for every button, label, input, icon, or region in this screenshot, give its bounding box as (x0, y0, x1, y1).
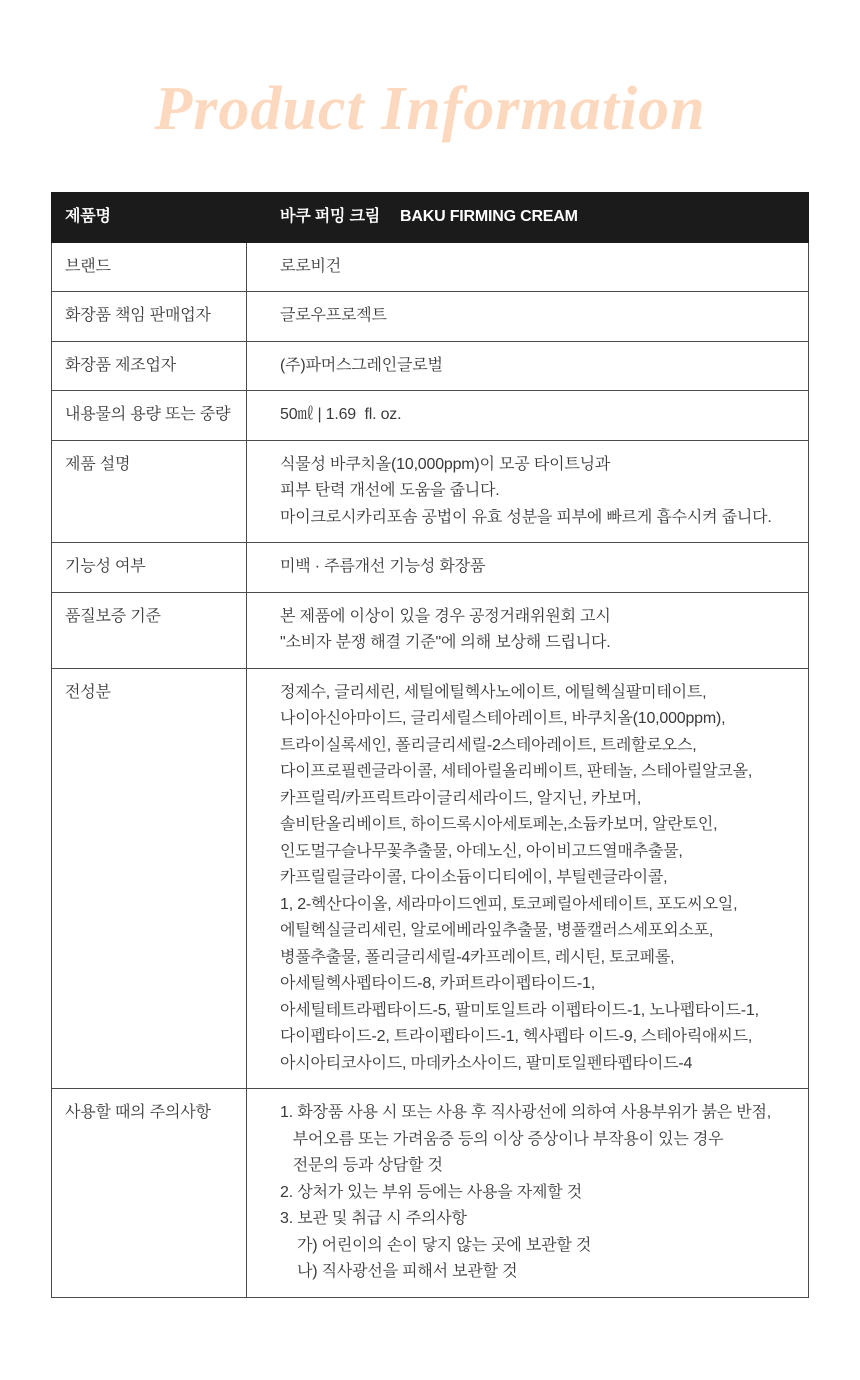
product-info-table: 제품명 바쿠 퍼밍 크림BAKU FIRMING CREAM 브랜드 로로비건 … (51, 192, 809, 1298)
table-row-description: 제품 설명 식물성 바쿠치올(10,000ppm)이 모공 타이트닝과 피부 탄… (52, 440, 809, 543)
label-precautions: 사용할 때의 주의사항 (52, 1089, 247, 1298)
value-manufacturer: (주)파머스그레인글로벌 (247, 341, 809, 391)
table-row-ingredients: 전성분 정제수, 글리세린, 세틸에틸헥사노에이트, 에틸헥실팔미테이트, 나이… (52, 668, 809, 1089)
label-functional: 기능성 여부 (52, 543, 247, 593)
header-label-product-name: 제품명 (52, 193, 247, 243)
header-value-product-name: 바쿠 퍼밍 크림BAKU FIRMING CREAM (247, 193, 809, 243)
table-row-functional: 기능성 여부 미백 · 주름개선 기능성 화장품 (52, 543, 809, 593)
label-ingredients: 전성분 (52, 668, 247, 1089)
page-title: Product Information (0, 0, 860, 146)
value-description: 식물성 바쿠치올(10,000ppm)이 모공 타이트닝과 피부 탄력 개선에 … (247, 440, 809, 543)
label-manufacturer: 화장품 제조업자 (52, 341, 247, 391)
value-precautions: 1. 화장품 사용 시 또는 사용 후 직사광선에 의하여 사용부위가 붉은 반… (247, 1089, 809, 1298)
table-row-precautions: 사용할 때의 주의사항 1. 화장품 사용 시 또는 사용 후 직사광선에 의하… (52, 1089, 809, 1298)
value-ingredients: 정제수, 글리세린, 세틸에틸헥사노에이트, 에틸헥실팔미테이트, 나이아신아마… (247, 668, 809, 1089)
value-functional: 미백 · 주름개선 기능성 화장품 (247, 543, 809, 593)
value-brand: 로로비건 (247, 242, 809, 292)
label-brand: 브랜드 (52, 242, 247, 292)
table-header-row: 제품명 바쿠 퍼밍 크림BAKU FIRMING CREAM (52, 193, 809, 243)
table-row-quality-guarantee: 품질보증 기준 본 제품에 이상이 있을 경우 공정거래위원회 고시 "소비자 … (52, 592, 809, 668)
table-row-volume: 내용물의 용량 또는 중량 50㎖ | 1.69 fl. oz. (52, 391, 809, 441)
product-name-korean: 바쿠 퍼밍 크림 (280, 208, 380, 225)
page: { "title": "Product Information", "color… (0, 0, 860, 1380)
label-description: 제품 설명 (52, 440, 247, 543)
label-volume: 내용물의 용량 또는 중량 (52, 391, 247, 441)
table-row-responsible-seller: 화장품 책임 판매업자 글로우프로젝트 (52, 292, 809, 342)
label-responsible-seller: 화장품 책임 판매업자 (52, 292, 247, 342)
table-row-brand: 브랜드 로로비건 (52, 242, 809, 292)
value-responsible-seller: 글로우프로젝트 (247, 292, 809, 342)
value-quality-guarantee: 본 제품에 이상이 있을 경우 공정거래위원회 고시 "소비자 분쟁 해결 기준… (247, 592, 809, 668)
label-quality-guarantee: 품질보증 기준 (52, 592, 247, 668)
table-row-manufacturer: 화장품 제조업자 (주)파머스그레인글로벌 (52, 341, 809, 391)
product-name-english: BAKU FIRMING CREAM (400, 208, 578, 225)
value-volume: 50㎖ | 1.69 fl. oz. (247, 391, 809, 441)
